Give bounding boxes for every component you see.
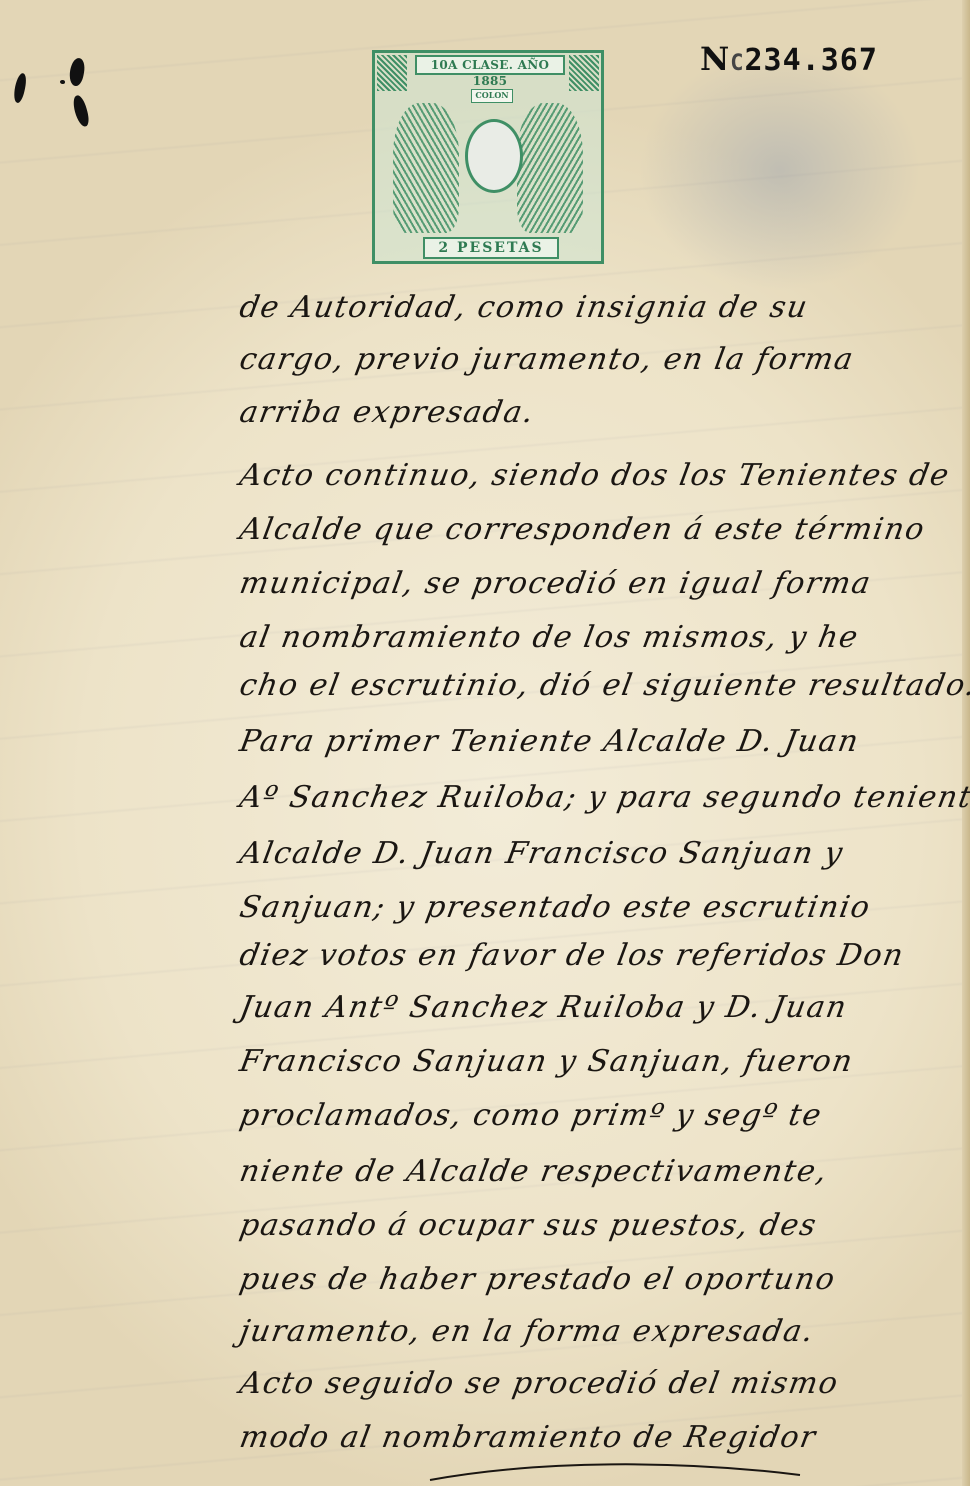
stamp-center-oval xyxy=(465,119,523,193)
stamp-class-year: 10A CLASE. AÑO 1885 xyxy=(415,55,565,75)
text-line: pasando á ocupar sus puestos, des xyxy=(237,1208,820,1243)
text-line: cho el escrutinio, dió el siguiente resu… xyxy=(237,668,970,703)
stamp-denomination: 2 PESETAS xyxy=(423,237,559,259)
ink-blot-dot xyxy=(60,80,65,84)
text-line: Aº Sanchez Ruiloba; y para segundo tenie… xyxy=(237,780,970,815)
text-line: municipal, se procedió en igual forma xyxy=(237,566,874,601)
stamp-colon-banner: COLON xyxy=(471,89,513,103)
serial-value: 234.367 xyxy=(745,43,878,78)
text-line: pues de haber prestado el oportuno xyxy=(237,1262,839,1297)
page-edge xyxy=(962,0,970,1486)
text-line: niente de Alcalde respectivamente, xyxy=(237,1154,831,1189)
text-line: diez votos en favor de los referidos Don xyxy=(237,938,907,973)
text-line: Juan Antº Sanchez Ruiloba y D. Juan xyxy=(237,990,850,1025)
text-line: Para primer Teniente Alcalde D. Juan xyxy=(237,724,862,759)
text-line: proclamados, como primº y segº te xyxy=(237,1098,825,1133)
text-line: juramento, en la forma expresada. xyxy=(237,1314,817,1349)
stamp-corner-ornament xyxy=(569,55,599,91)
text-line: Acto seguido se procedió del mismo xyxy=(237,1366,842,1401)
text-line: Alcalde que corresponden á este término xyxy=(237,512,928,547)
text-line: arriba expresada. xyxy=(237,395,537,430)
serial-prefix: N xyxy=(700,40,730,78)
text-line: Francisco Sanjuan y Sanjuan, fueron xyxy=(237,1044,856,1079)
text-line: Sanjuan; y presentado este escrutinio xyxy=(237,890,874,925)
closing-flourish xyxy=(420,1430,820,1486)
text-line: de Autoridad, como insignia de su xyxy=(237,290,811,325)
text-line: cargo, previo juramento, en la forma xyxy=(237,342,857,377)
stamp-allegorical-figure-left xyxy=(393,103,459,233)
stamp-corner-ornament xyxy=(377,55,407,91)
stamp-allegorical-figure-right xyxy=(517,103,583,233)
text-line: Acto continuo, siendo dos los Tenientes … xyxy=(237,458,953,493)
serial-number: NC234.367 xyxy=(700,40,878,78)
serial-mark: C xyxy=(730,51,744,76)
revenue-stamp: 10A CLASE. AÑO 1885 COLON 2 PESETAS xyxy=(372,50,604,264)
text-line: Alcalde D. Juan Francisco Sanjuan y xyxy=(237,836,846,871)
text-line: al nombramiento de los mismos, y he xyxy=(237,620,862,655)
